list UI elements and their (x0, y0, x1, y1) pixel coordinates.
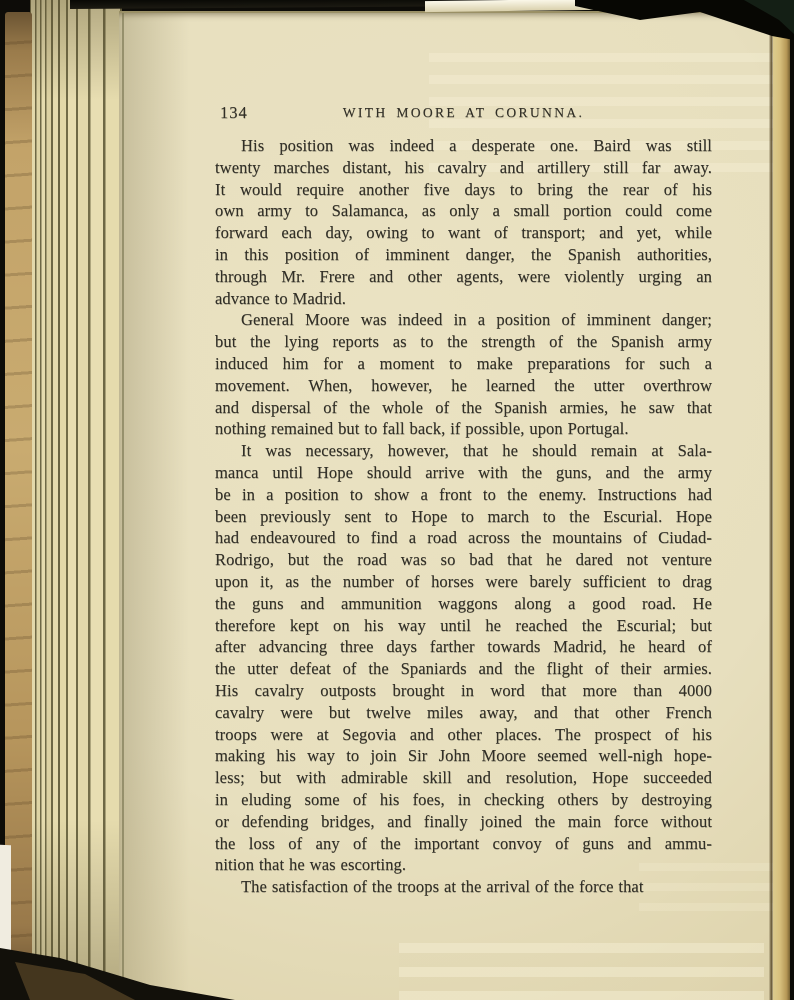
book-page: 134 WITH MOORE AT CORUNNA. His position … (119, 11, 774, 1000)
right-backdrop-sliver (790, 0, 794, 1000)
text-line: It was necessary, however, that he shoul… (215, 440, 712, 462)
text-line: nition that he was escorting. (215, 854, 712, 876)
text-line: movement. When, however, he learned the … (215, 375, 712, 397)
right-page-edge (773, 0, 790, 1000)
text-line: less; but with admirable skill and resol… (215, 767, 712, 789)
text-line: the loss of any of the important convoy … (215, 833, 712, 855)
text-line: It would require another five days to br… (215, 179, 712, 201)
page-header: 134 WITH MOORE AT CORUNNA. (215, 102, 712, 124)
text-line: Rodrigo, but the road was so bad that he… (215, 549, 712, 571)
text-line: making his way to join Sir John Moore se… (215, 745, 712, 767)
running-title: WITH MOORE AT CORUNNA. (215, 102, 712, 121)
text-line: in this position of imminent danger, the… (215, 244, 712, 266)
text-line: the guns and ammunition waggons along a … (215, 593, 712, 615)
paragraph: General Moore was indeed in a position o… (215, 309, 712, 440)
text-line: advance to Madrid. (215, 288, 712, 310)
page-content: 134 WITH MOORE AT CORUNNA. His position … (119, 13, 774, 1000)
text-line: and dispersal of the whole of the Spanis… (215, 397, 712, 419)
text-line: been previously sent to Hope to march to… (215, 506, 712, 528)
text-line: nothing remained but to fall back, if po… (215, 418, 712, 440)
text-line: or defending bridges, and finally joined… (215, 811, 712, 833)
paragraph: It was necessary, however, that he shoul… (215, 440, 712, 876)
text-line: His position was indeed a desperate one.… (215, 135, 712, 157)
text-line: troops were at Segovia and other places.… (215, 724, 712, 746)
text-line: twenty marches distant, his cavalry and … (215, 157, 712, 179)
text-line: through Mr. Frere and other agents, were… (215, 266, 712, 288)
text-line: cavalry were but twelve miles away, and … (215, 702, 712, 724)
page-crease-line (769, 11, 773, 1000)
page-body: His position was indeed a desperate one.… (215, 135, 712, 898)
text-line: be in a position to show a front to the … (215, 484, 712, 506)
text-line: after advancing three days farther towar… (215, 636, 712, 658)
text-line: upon it, as the number of horses were ba… (215, 571, 712, 593)
book-page-edges-shading (30, 0, 122, 1000)
text-line: induced him for a moment to make prepara… (215, 353, 712, 375)
text-line: General Moore was indeed in a position o… (215, 309, 712, 331)
page-number: 134 (220, 103, 248, 123)
text-line: but the lying reports as to the strength… (215, 331, 712, 353)
page-edge-highlight (0, 845, 11, 963)
paragraph: His position was indeed a desperate one.… (215, 135, 712, 309)
text-line: His cavalry outposts brought in word tha… (215, 680, 712, 702)
paragraph: The satisfaction of the troops at the ar… (215, 876, 712, 898)
text-line: forward each day, owing to want of trans… (215, 222, 712, 244)
text-line: The satisfaction of the troops at the ar… (215, 876, 712, 898)
text-line: the utter defeat of the Spaniards and th… (215, 658, 712, 680)
text-line: in eluding some of his foes, in checking… (215, 789, 712, 811)
text-line: had endeavoured to find a road across th… (215, 527, 712, 549)
text-line: own army to Salamanca, as only a small p… (215, 200, 712, 222)
text-line: manca until Hope should arrive with the … (215, 462, 712, 484)
book-spine-edge (5, 12, 32, 984)
text-line: therefore kept on his way until he reach… (215, 615, 712, 637)
